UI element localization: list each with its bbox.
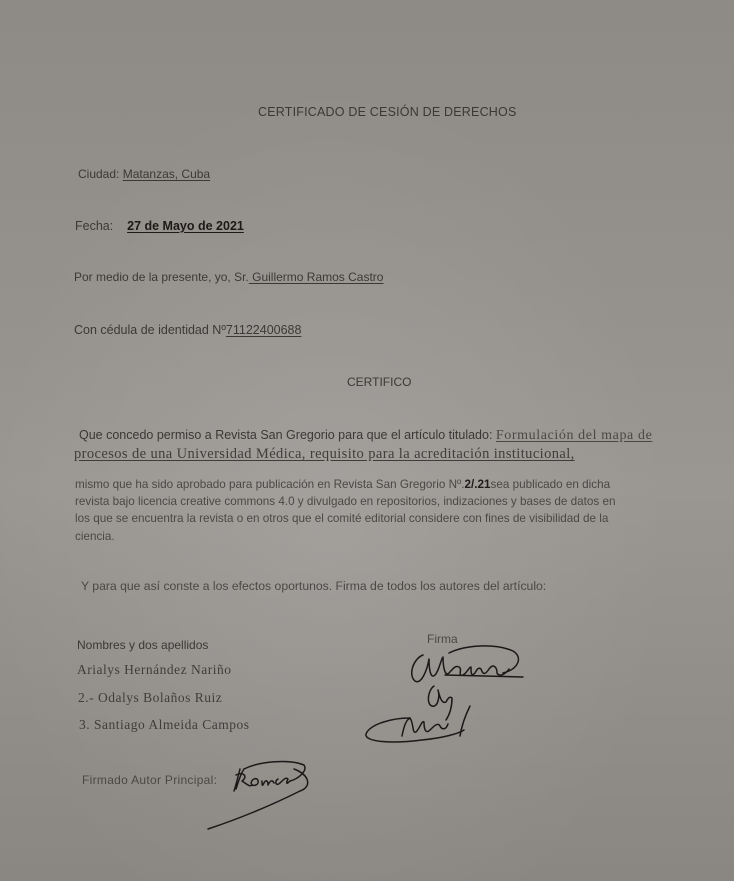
id-line: Con cédula de identidad Nº71122400688 <box>74 323 301 337</box>
names-header: Nombres y dos apellidos <box>77 638 208 652</box>
article-title-part-1: Formulación del mapa de <box>496 428 652 443</box>
date-label: Fecha: <box>75 219 113 233</box>
issue-number: 2/.21 <box>465 478 491 491</box>
author-2-name: 2.- Odalys Bolaños Ruiz <box>78 690 222 706</box>
certifico-heading: CERTIFICO <box>347 375 411 389</box>
id-label: Con cédula de identidad Nº <box>74 323 226 337</box>
city-value: Matanzas, Cuba <box>123 167 210 181</box>
paragraph-prefix: Que concedo permiso a Revista San Gregor… <box>79 428 496 442</box>
signature-author-3 <box>362 700 482 750</box>
closing-statement: Y para que así conste a los efectos opor… <box>81 579 546 593</box>
paragraph-line-6: ciencia. <box>75 528 616 545</box>
author-3-name: 3. Santiago Almeida Campos <box>79 717 250 733</box>
intro-line: Por medio de la presente, yo, Sr. Guille… <box>74 270 383 284</box>
author-1-name: Arialys Hernández Nariño <box>77 662 231 678</box>
date-line: Fecha: 27 de Mayo de 2021 <box>75 219 244 233</box>
paragraph-line-5: los que se encuentra la revista o en otr… <box>75 510 616 527</box>
id-value: 71122400688 <box>226 323 302 337</box>
article-title-part-2: procesos de una Universidad Médica, requ… <box>74 446 575 463</box>
principal-author-label: Firmado Autor Principal: <box>82 773 217 787</box>
paragraph-line-4: revista bajo licencia creative commons 4… <box>75 493 616 510</box>
paragraph-line-1: Que concedo permiso a Revista San Gregor… <box>79 428 652 444</box>
signature-principal-author <box>200 755 320 835</box>
city-line: Ciudad: Matanzas, Cuba <box>78 167 210 181</box>
city-label: Ciudad: <box>78 167 119 181</box>
document-title: CERTIFICADO DE CESIÓN DE DERECHOS <box>258 105 517 119</box>
paragraph-line-3: mismo que ha sido aprobado para publicac… <box>75 476 616 493</box>
intro-prefix: Por medio de la presente, yo, Sr. <box>74 270 249 284</box>
author-name: Guillermo Ramos Castro <box>249 270 384 284</box>
paragraph-body: mismo que ha sido aprobado para publicac… <box>75 476 616 545</box>
signature-header: Firma <box>427 632 458 646</box>
date-value: 27 de Mayo de 2021 <box>127 219 244 233</box>
